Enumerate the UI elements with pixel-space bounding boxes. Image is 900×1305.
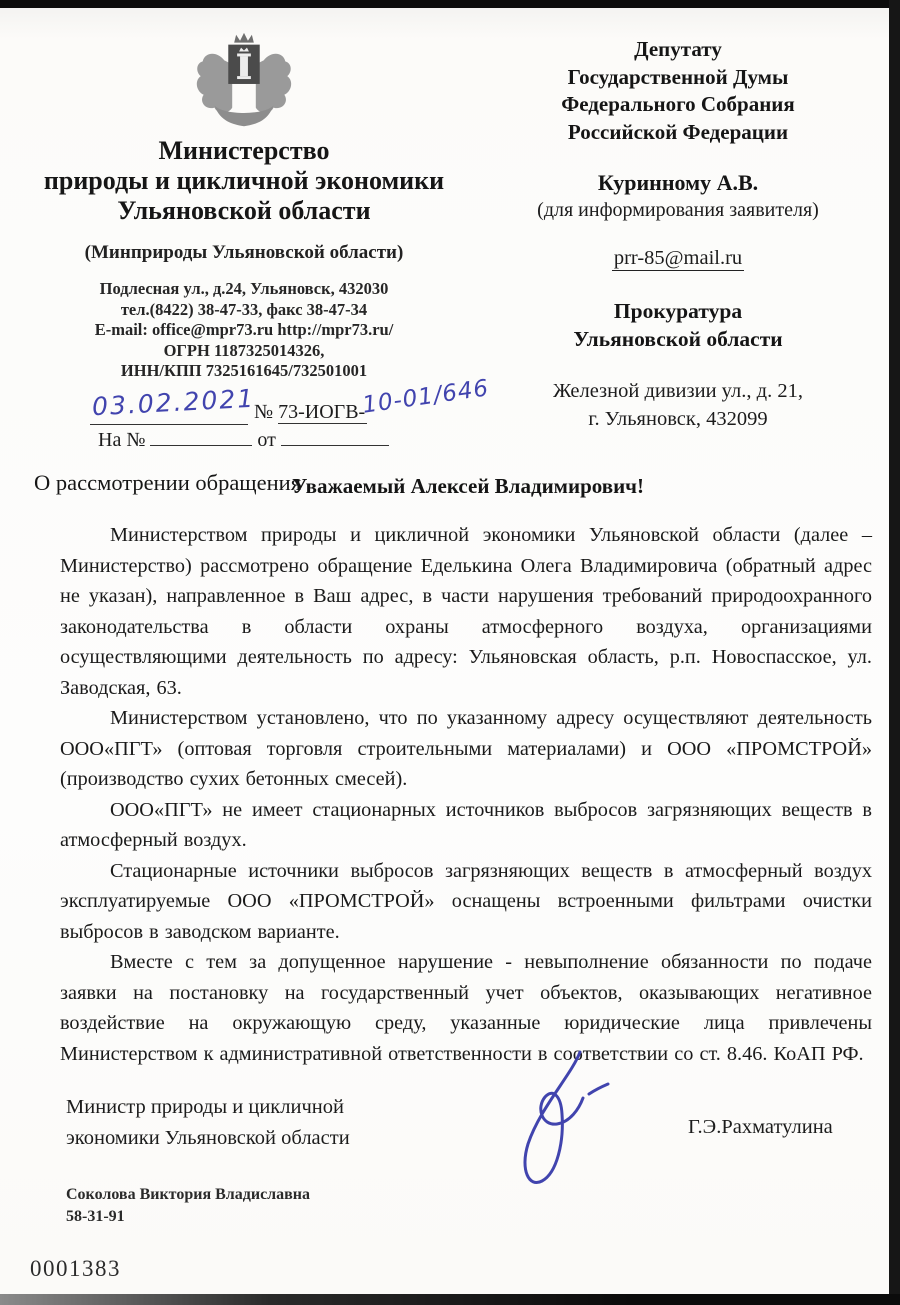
signature-icon <box>482 1046 647 1201</box>
executor-name: Соколова Виктория Владиславна <box>66 1184 310 1206</box>
recipient-title-line: Депутату <box>482 36 874 64</box>
coat-of-arms-icon <box>185 32 303 132</box>
recipient-title: Депутату Государственной Думы Федерально… <box>482 36 874 146</box>
body-paragraph: Министерством природы и цикличной эконом… <box>60 520 872 703</box>
letter-body: Министерством природы и цикличной эконом… <box>60 520 872 1069</box>
body-paragraph: ООО«ПГТ» не имеет стационарных источнико… <box>60 795 872 856</box>
scan-edge-top <box>0 0 900 8</box>
body-paragraph: Стационарные источники выбросов загрязня… <box>60 856 872 948</box>
recipient-email-text: prr-85@mail.ru <box>612 247 744 271</box>
ministry-name-line: природы и цикличной экономики <box>28 166 460 196</box>
sender-address-line: ОГРН 1187325014326, <box>28 341 460 362</box>
sender-address-line: E-mail: office@mpr73.ru http://mpr73.ru/ <box>28 320 460 341</box>
salutation: Уважаемый Алексей Владимирович! <box>62 474 874 499</box>
reply-number-blank <box>150 428 252 446</box>
recipient-email: prr-85@mail.ru <box>482 247 874 270</box>
date-blank-line <box>90 424 248 425</box>
reply-reference-line: На № от <box>98 428 389 452</box>
ministry-name-line: Ульяновской области <box>28 196 460 226</box>
scan-edge-bottom <box>0 1294 900 1305</box>
recipient-block: Депутату Государственной Думы Федерально… <box>482 36 874 433</box>
scanned-letter-page: Министерство природы и цикличной экономи… <box>0 0 900 1305</box>
executor-info: Соколова Виктория Владиславна 58-31-91 <box>66 1184 310 1228</box>
letter-number-typed: 73-ИОГВ- <box>278 401 367 424</box>
recipient-note: (для информирования заявителя) <box>482 199 874 222</box>
recipient-org-line: Прокуратура <box>482 297 874 325</box>
recipient-org-address-line: Железной дивизии ул., д. 21, <box>482 377 874 405</box>
sender-address-line: ИНН/КПП 7325161645/732501001 <box>28 361 460 382</box>
recipient-name: Куринному А.В. <box>482 170 874 196</box>
reply-date-label: от <box>257 429 275 451</box>
signer-position-line: Министр природы и цикличной <box>66 1092 350 1123</box>
reply-number-label: На № <box>98 429 145 451</box>
recipient-title-line: Государственной Думы <box>482 64 874 92</box>
scan-edge-right <box>889 0 900 1305</box>
reply-date-blank <box>281 428 389 446</box>
sender-address-line: Подлесная ул., д.24, Ульяновск, 432030 <box>28 279 460 300</box>
body-paragraph: Министерством установлено, что по указан… <box>60 703 872 795</box>
executor-phone: 58-31-91 <box>66 1206 310 1228</box>
ministry-name-line: Министерство <box>28 136 460 166</box>
recipient-title-line: Федерального Собрания <box>482 91 874 119</box>
sender-address-line: тел.(8422) 38-47-33, факс 38-47-34 <box>28 300 460 321</box>
signer-position: Министр природы и цикличной экономики Ул… <box>66 1092 350 1154</box>
recipient-org: Прокуратура Ульяновской области <box>482 297 874 353</box>
serial-number: 0001383 <box>30 1256 121 1282</box>
recipient-org-address: Железной дивизии ул., д. 21, г. Ульяновс… <box>482 377 874 433</box>
recipient-title-line: Российской Федерации <box>482 119 874 147</box>
body-paragraph: Вместе с тем за допущенное нарушение - н… <box>60 947 872 1069</box>
recipient-org-address-line: г. Ульяновск, 432099 <box>482 405 874 433</box>
reference-block: 03.02.2021 № 73-ИОГВ- 10-01/646 На № от <box>90 396 460 464</box>
letter-number: № 73-ИОГВ- <box>254 401 367 424</box>
ministry-short-name: (Минприроды Ульяновской области) <box>28 242 460 264</box>
sender-block: Министерство природы и цикличной экономи… <box>28 26 460 496</box>
signer-position-line: экономики Ульяновской области <box>66 1123 350 1154</box>
recipient-org-line: Ульяновской области <box>482 325 874 353</box>
signer-name: Г.Э.Рахматулина <box>688 1116 833 1139</box>
ministry-name: Министерство природы и цикличной экономи… <box>28 136 460 226</box>
number-label: № <box>254 401 273 423</box>
sender-address: Подлесная ул., д.24, Ульяновск, 432030 т… <box>28 279 460 382</box>
letter-date-handwritten: 03.02.2021 <box>91 383 255 420</box>
